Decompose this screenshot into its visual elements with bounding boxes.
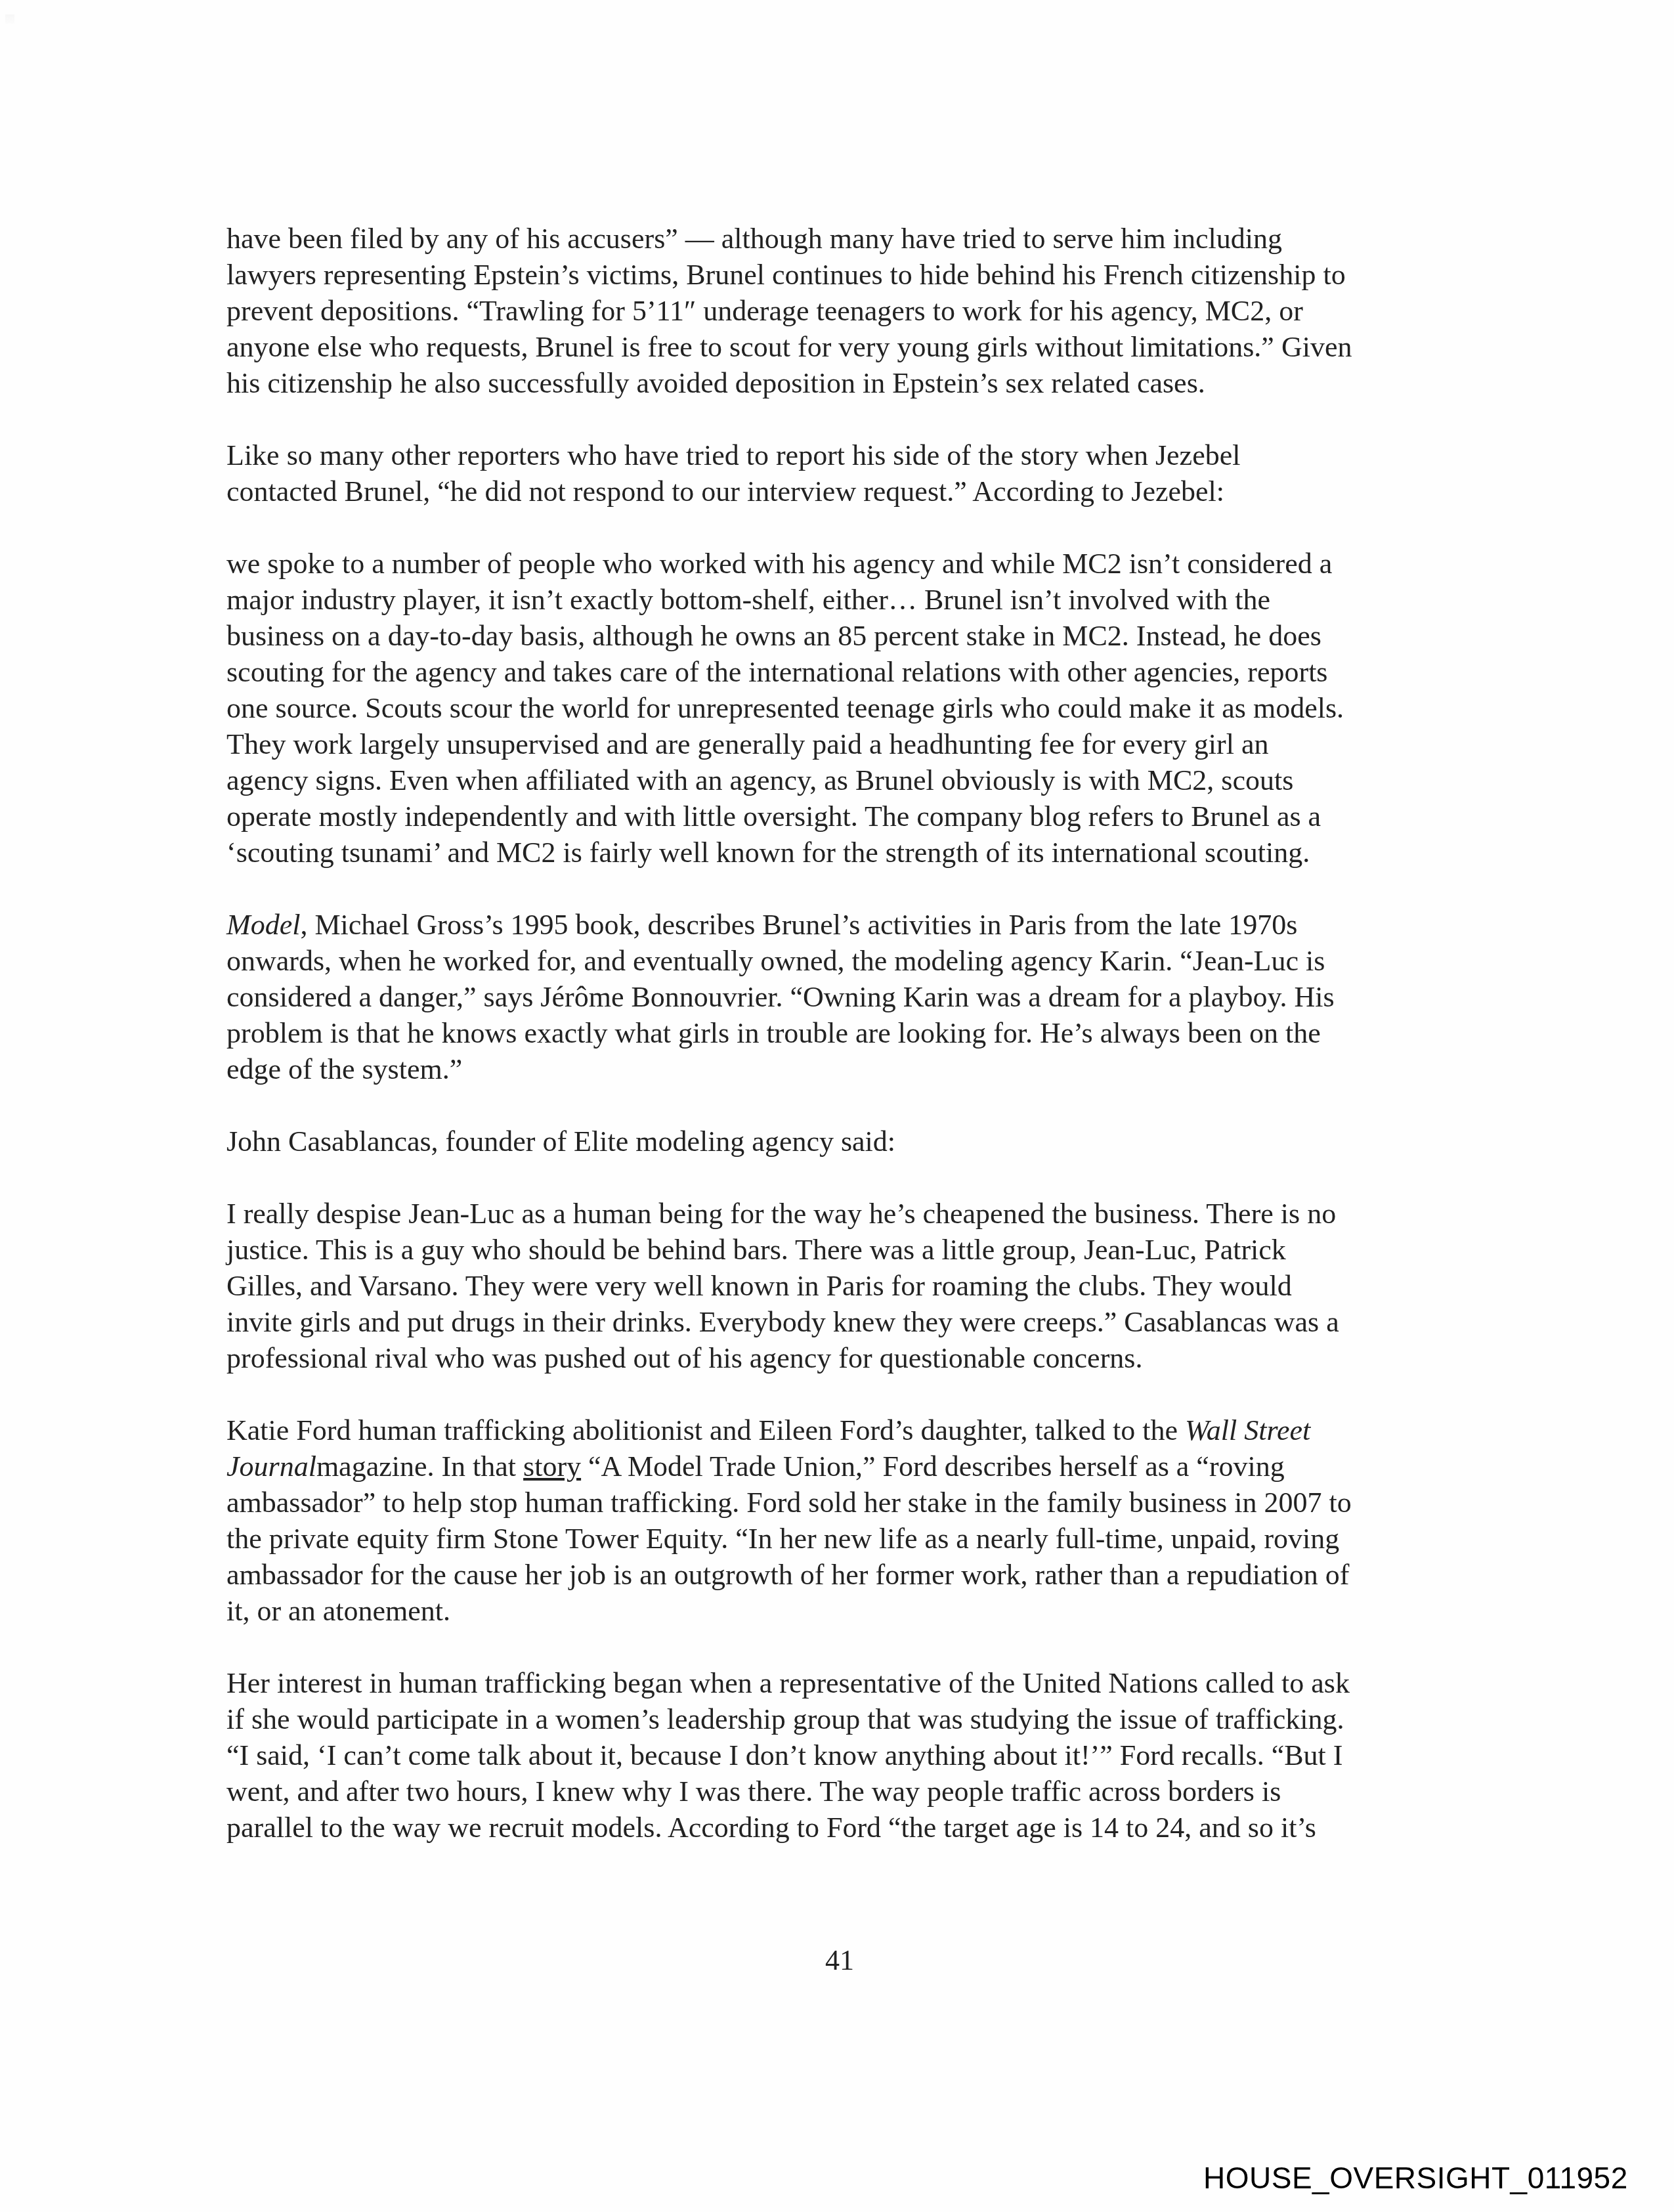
text-line: Like so many other reporters who have tr…	[226, 437, 1461, 473]
text-line: prevent depositions. “Trawling for 5’11″…	[226, 293, 1461, 329]
text-line: professional rival who was pushed out of…	[226, 1340, 1461, 1376]
page-number: 41	[825, 1943, 854, 1977]
text-line: the private equity firm Stone Tower Equi…	[226, 1521, 1461, 1557]
paragraph-un-trafficking: Her interest in human trafficking began …	[226, 1665, 1461, 1846]
text-segment: “A Model Trade Union,” Ford describes he…	[581, 1450, 1285, 1483]
text-line: scouting for the agency and takes care o…	[226, 654, 1461, 690]
text-line: justice. This is a guy who should be beh…	[226, 1232, 1461, 1268]
text-line: They work largely unsupervised and are g…	[226, 726, 1461, 762]
text-line: have been filed by any of his accusers” …	[226, 221, 1461, 257]
text-line: business on a day-to-day basis, although…	[226, 618, 1461, 654]
text-line: operate mostly independently and with li…	[226, 798, 1461, 835]
document-body: have been filed by any of his accusers” …	[226, 221, 1461, 1882]
book-title-italic: Model	[226, 909, 300, 941]
text-line: ambassador for the cause her job is an o…	[226, 1557, 1461, 1593]
text-line: we spoke to a number of people who worke…	[226, 546, 1461, 582]
text-line: considered a danger,” says Jérôme Bonnou…	[226, 979, 1461, 1015]
text-line: “I said, ‘I can’t come talk about it, be…	[226, 1737, 1461, 1773]
text-line: parallel to the way we recruit models. A…	[226, 1810, 1461, 1846]
text-line: agency signs. Even when affiliated with …	[226, 762, 1461, 798]
text-line: Model, Michael Gross’s 1995 book, descri…	[226, 907, 1461, 943]
text-line: John Casablancas, founder of Elite model…	[226, 1123, 1461, 1160]
paragraph-2: Like so many other reporters who have tr…	[226, 437, 1461, 510]
publication-title-italic: Journal	[226, 1450, 316, 1483]
text-line: invite girls and put drugs in their drin…	[226, 1304, 1461, 1340]
paragraph-casablancas-intro: John Casablancas, founder of Elite model…	[226, 1123, 1461, 1160]
text-line: anyone else who requests, Brunel is free…	[226, 329, 1461, 365]
text-line: edge of the system.”	[226, 1051, 1461, 1087]
story-link[interactable]: story	[523, 1450, 581, 1483]
text-line: Katie Ford human trafficking abolitionis…	[226, 1412, 1461, 1448]
jezebel-quote: we spoke to a number of people who worke…	[226, 546, 1461, 871]
text-line: contacted Brunel, “he did not respond to…	[226, 473, 1461, 510]
text-line: one source. Scouts scour the world for u…	[226, 690, 1461, 726]
scan-artifact	[5, 14, 14, 24]
text-line: onwards, when he worked for, and eventua…	[226, 943, 1461, 979]
text-line: Journalmagazine. In that story “A Model …	[226, 1448, 1461, 1485]
text-line: Gilles, and Varsano. They were very well…	[226, 1268, 1461, 1304]
paragraph-model-book: Model, Michael Gross’s 1995 book, descri…	[226, 907, 1461, 1087]
casablancas-quote: I really despise Jean-Luc as a human bei…	[226, 1196, 1461, 1376]
bates-stamp: HOUSE_OVERSIGHT_011952	[1203, 2160, 1628, 2196]
text-line: ambassador” to help stop human trafficki…	[226, 1485, 1461, 1521]
text-line: Her interest in human trafficking began …	[226, 1665, 1461, 1701]
text-line: it, or an atonement.	[226, 1593, 1461, 1629]
text-line: major industry player, it isn’t exactly …	[226, 582, 1461, 618]
text-line: problem is that he knows exactly what gi…	[226, 1015, 1461, 1051]
publication-title-italic: Wall Street	[1185, 1414, 1310, 1446]
text-segment: , Michael Gross’s 1995 book, describes B…	[300, 909, 1297, 941]
paragraph-katie-ford: Katie Ford human trafficking abolitionis…	[226, 1412, 1461, 1629]
text-line: lawyers representing Epstein’s victims, …	[226, 257, 1461, 293]
text-line: ‘scouting tsunami’ and MC2 is fairly wel…	[226, 835, 1461, 871]
paragraph-1: have been filed by any of his accusers” …	[226, 221, 1461, 401]
text-line: if she would participate in a women’s le…	[226, 1701, 1461, 1737]
text-line: I really despise Jean-Luc as a human bei…	[226, 1196, 1461, 1232]
text-line: went, and after two hours, I knew why I …	[226, 1773, 1461, 1810]
text-segment: magazine. In that	[316, 1450, 523, 1483]
text-line: his citizenship he also successfully avo…	[226, 365, 1461, 401]
document-page: have been filed by any of his accusers” …	[0, 0, 1674, 2212]
text-segment: Katie Ford human trafficking abolitionis…	[226, 1414, 1185, 1446]
